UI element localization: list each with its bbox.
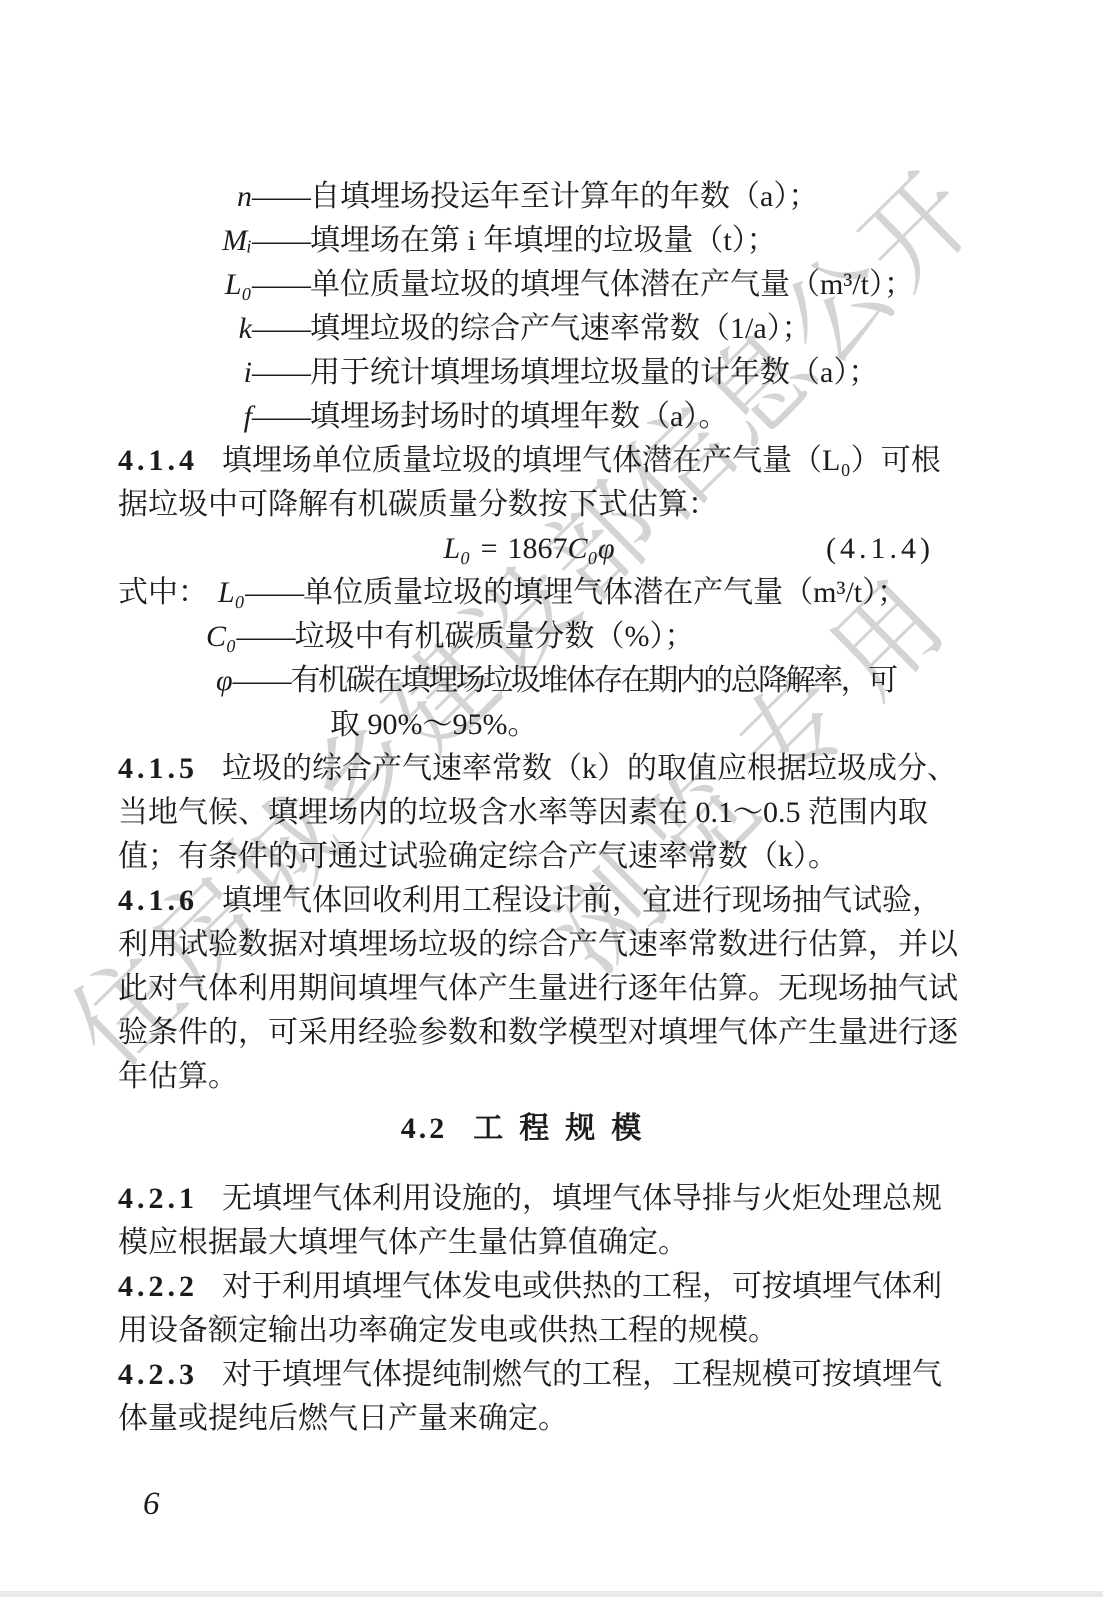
clause-text: 模应根据最大填埋气体产生量估算值确定。	[118, 1226, 688, 1259]
where-row-l0: 式中：L₀——单位质量垃圾的填埋气体潜在产气量（m³/t）；	[118, 571, 940, 615]
clause-text: 填埋场单位质量垃圾的填埋气体潜在产气量（L₀）可根	[222, 444, 941, 477]
clause-text: 据垃圾中可降解有机碳质量分数按下式估算：	[118, 488, 718, 521]
where-symbol: C₀	[206, 620, 236, 653]
definition-row-l0: L₀——单位质量垃圾的填埋气体潜在产气量（m³/t）；	[118, 263, 940, 307]
clause-4-1-4-line-2: 据垃圾中可降解有机碳质量分数按下式估算：	[118, 483, 940, 527]
clause-4-2-2-line-1: 4.2.2对于利用填埋气体发电或供热的工程，可按填埋气体利	[118, 1265, 940, 1309]
scan-edge	[0, 1591, 1103, 1597]
formula-var-phi: φ	[598, 532, 615, 565]
clause-4-1-5-line-1: 4.1.5垃圾的综合产气速率常数（k）的取值应根据垃圾成分、	[118, 747, 940, 791]
clause-4-2-3-line-1: 4.2.3对于填埋气体提纯制燃气的工程，工程规模可按填埋气	[118, 1353, 940, 1397]
definition-text: 填埋场在第 i 年填埋的垃圾量（t）；	[310, 224, 777, 257]
section-heading-4-2: 4.2工程规模	[118, 1107, 940, 1151]
clause-text: 年估算。	[118, 1060, 238, 1093]
where-text: 有机碳在填埋场垃圾堆体存在期内的总降解率，可	[291, 664, 896, 697]
definition-text: 填埋场封场时的填埋年数（a）。	[310, 400, 728, 433]
clause-4-1-6-line-1: 4.1.6填埋气体回收利用工程设计前，宜进行现场抽气试验，	[118, 879, 940, 923]
definition-row-f: f——填埋场封场时的填埋年数（a）。	[118, 395, 940, 439]
definition-dash: ——	[252, 224, 310, 257]
where-symbol: φ	[216, 664, 233, 697]
clause-4-1-6-line-5: 年估算。	[118, 1055, 940, 1099]
where-row-c0: C₀——垃圾中有机碳质量分数（%）；	[118, 615, 940, 659]
clause-number: 4.2.1	[118, 1177, 222, 1221]
clause-4-1-5-line-3: 值；有条件的可通过试验确定综合产气速率常数（k）。	[118, 835, 940, 879]
clause-text: 利用试验数据对填埋场垃圾的综合产气速率常数进行估算，并以	[118, 928, 958, 961]
clause-text: 体量或提纯后燃气日产量来确定。	[118, 1402, 568, 1435]
clause-text: 验条件的，可采用经验参数和数学模型对填埋气体产生量进行逐	[118, 1016, 958, 1049]
clause-text: 垃圾的综合产气速率常数（k）的取值应根据垃圾成分、	[222, 752, 957, 785]
where-text: 单位质量垃圾的填埋气体潜在产气量（m³/t）；	[303, 576, 907, 609]
where-text: 取 90%～95%。	[330, 708, 537, 741]
definition-text: 单位质量垃圾的填埋气体潜在产气量（m³/t）；	[310, 268, 914, 301]
clause-text: 用设备额定输出功率确定发电或供热工程的规模。	[118, 1314, 778, 1347]
formula-coefficient: 1867	[507, 532, 567, 565]
clause-4-1-5-line-2: 当地气候、填埋场内的垃圾含水率等因素在 0.1～0.5 范围内取	[118, 791, 940, 835]
clause-text: 此对气体利用期间填埋气体产生量进行逐年估算。无现场抽气试	[118, 972, 958, 1005]
where-symbol: L₀	[218, 576, 245, 609]
formula-equals: =	[481, 532, 498, 565]
formula-lhs: L₀	[443, 532, 470, 565]
clause-text: 填埋气体回收利用工程设计前，宜进行现场抽气试验，	[222, 884, 942, 917]
definition-row-n: n——自填埋场投运年至计算年的年数（a）；	[118, 175, 940, 219]
clause-4-1-6-line-2: 利用试验数据对填埋场垃圾的综合产气速率常数进行估算，并以	[118, 923, 940, 967]
definition-text: 自填埋场投运年至计算年的年数（a）；	[310, 180, 818, 213]
definition-symbol: i	[118, 351, 252, 395]
definition-text: 填埋垃圾的综合产气速率常数（1/a）；	[310, 312, 812, 345]
document-page: 住房城乡建设部信息公开 浏览专用 n——自填埋场投运年至计算年的年数（a）； M…	[0, 0, 1103, 1597]
clause-4-2-2-line-2: 用设备额定输出功率确定发电或供热工程的规模。	[118, 1309, 940, 1353]
definition-symbol: L₀	[118, 263, 252, 307]
definition-symbol: k	[118, 307, 252, 351]
clause-4-2-1-line-2: 模应根据最大填埋气体产生量估算值确定。	[118, 1221, 940, 1265]
definition-dash: ——	[252, 400, 310, 433]
clause-4-2-3-line-2: 体量或提纯后燃气日产量来确定。	[118, 1397, 940, 1441]
clause-number: 4.1.5	[118, 747, 222, 791]
definition-symbol: n	[118, 175, 252, 219]
clause-number: 4.1.6	[118, 879, 222, 923]
text-column: n——自填埋场投运年至计算年的年数（a）； Mᵢ——填埋场在第 i 年填埋的垃圾…	[118, 175, 940, 1441]
clause-4-1-6-line-3: 此对气体利用期间填埋气体产生量进行逐年估算。无现场抽气试	[118, 967, 940, 1011]
clause-text: 对于填埋气体提纯制燃气的工程，工程规模可按填埋气	[222, 1358, 942, 1391]
where-row-phi: φ——有机碳在填埋场垃圾堆体存在期内的总降解率，可	[118, 659, 940, 703]
clause-4-2-1-line-1: 4.2.1无填埋气体利用设施的，填埋气体导排与火炬处理总规	[118, 1177, 940, 1221]
where-prefix: 式中：	[118, 571, 218, 615]
where-row-continuation: 取 90%～95%。	[118, 703, 940, 747]
definition-row-k: k——填埋垃圾的综合产气速率常数（1/a）；	[118, 307, 940, 351]
clause-number: 4.2.3	[118, 1353, 222, 1397]
definition-dash: ——	[252, 312, 310, 345]
where-text: 垃圾中有机碳质量分数（%）；	[294, 620, 694, 653]
where-dash: ——	[245, 576, 303, 609]
clause-4-1-6-line-4: 验条件的，可采用经验参数和数学模型对填埋气体产生量进行逐	[118, 1011, 940, 1055]
page-number: 6	[143, 1486, 160, 1523]
clause-text: 当地气候、填埋场内的垃圾含水率等因素在 0.1～0.5 范围内取	[118, 796, 928, 829]
clause-text: 对于利用填埋气体发电或供热的工程，可按填埋气体利	[222, 1270, 942, 1303]
clause-4-1-4-line-1: 4.1.4填埋场单位质量垃圾的填埋气体潜在产气量（L₀）可根	[118, 439, 940, 483]
definition-dash: ——	[252, 268, 310, 301]
definition-symbol: Mᵢ	[118, 219, 252, 263]
definition-text: 用于统计填埋场填埋垃圾量的计年数（a）；	[310, 356, 878, 389]
where-dash: ——	[236, 620, 294, 653]
clause-text: 无填埋气体利用设施的，填埋气体导排与火炬处理总规	[222, 1182, 942, 1215]
definition-dash: ——	[252, 356, 310, 389]
formula-number: (4.1.4)	[826, 527, 934, 571]
formula-row: L₀=1867C₀φ (4.1.4)	[118, 527, 940, 571]
definition-dash: ——	[252, 180, 310, 213]
clause-text: 值；有条件的可通过试验确定综合产气速率常数（k）。	[118, 840, 838, 873]
clause-number: 4.1.4	[118, 439, 222, 483]
clause-number: 4.2.2	[118, 1265, 222, 1309]
where-dash: ——	[233, 664, 291, 697]
formula-expression: L₀=1867C₀φ	[443, 527, 614, 571]
definition-row-mi: Mᵢ——填埋场在第 i 年填埋的垃圾量（t）；	[118, 219, 940, 263]
formula-var-c0: C₀	[567, 532, 597, 565]
definition-row-i: i——用于统计填埋场填埋垃圾量的计年数（a）；	[118, 351, 940, 395]
section-number: 4.2	[401, 1112, 448, 1145]
section-title: 工程规模	[473, 1112, 657, 1145]
definition-symbol: f	[118, 395, 252, 439]
